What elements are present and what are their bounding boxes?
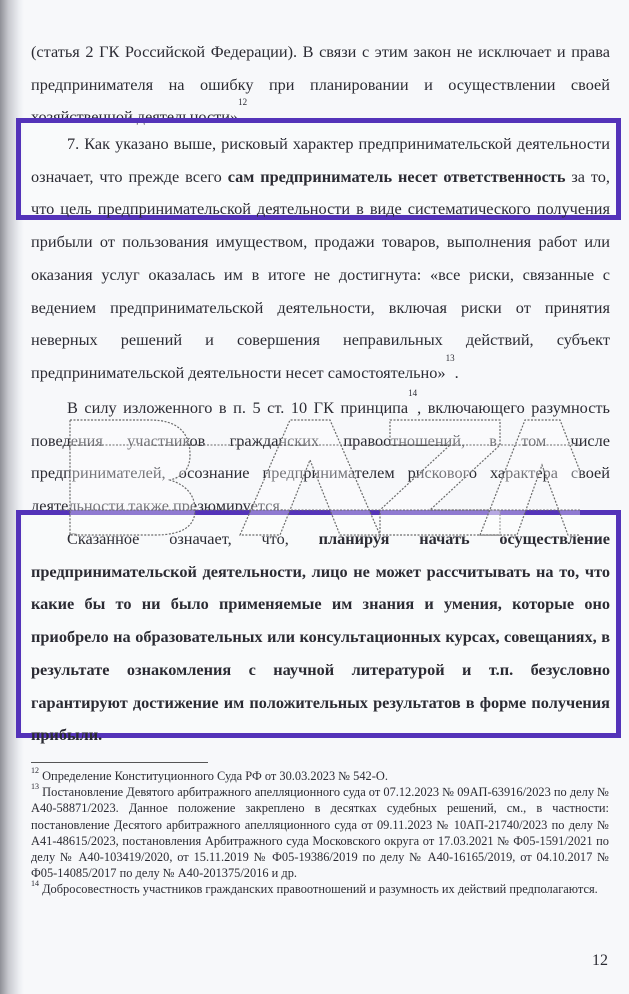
emphasis-knowledge-no-guarantee: планируя начать осуществление предприним… xyxy=(31,529,610,744)
paragraph-8: В силу изложенного в п. 5 ст. 10 ГК прин… xyxy=(31,392,610,523)
paragraph-9: Сказанное означает, что, планируя начать… xyxy=(31,523,610,752)
paragraph-7: 7. Как указано выше, рисковый характер п… xyxy=(31,128,610,390)
footnote-separator xyxy=(31,762,208,763)
footnote-12: 12 Определение Конституционного Суда РФ … xyxy=(31,768,609,784)
emphasis-responsibility: сам предприниматель несет ответственност… xyxy=(228,167,566,186)
footnotes: 12 Определение Конституционного Суда РФ … xyxy=(31,768,609,898)
footnote-13: 13 Постановление Девятого арбитражного а… xyxy=(31,784,609,881)
document-page: (статья 2 ГК Российской Федерации). В св… xyxy=(0,0,629,994)
footnote-ref-13[interactable]: 13 xyxy=(446,353,455,363)
footnote-ref-12[interactable]: 12 xyxy=(238,97,247,107)
page-number: 12 xyxy=(592,952,608,970)
footnote-ref-14[interactable]: 14 xyxy=(408,388,417,398)
footnote-14: 14 Добросовестность участников гражданск… xyxy=(31,881,609,897)
